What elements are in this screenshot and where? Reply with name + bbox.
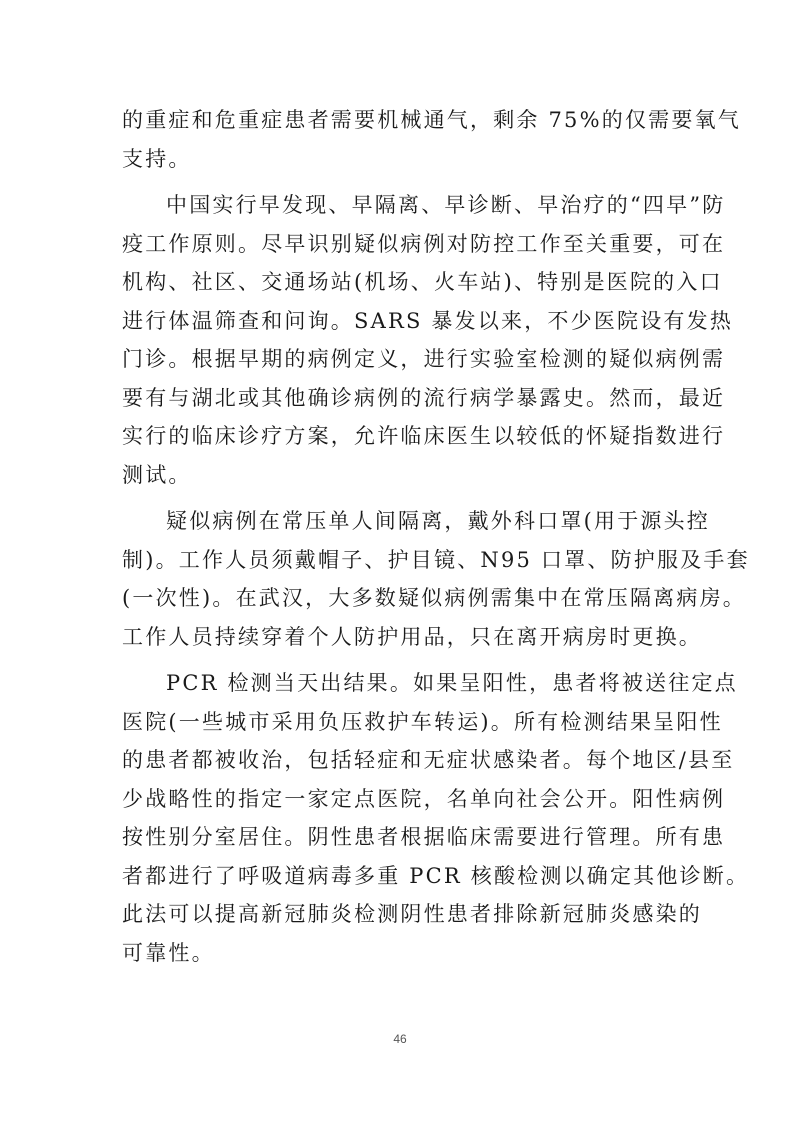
text-line: (一次性)。在武汉，大多数疑似病例需集中在常压隔离病房。 xyxy=(122,579,680,618)
text-line: 按性别分室居住。阴性患者根据临床需要进行管理。所有患 xyxy=(122,818,680,857)
text-line: PCR 检测当天出结果。如果呈阳性，患者将被送往定点 xyxy=(122,664,680,703)
text-line: 医院(一些城市采用负压救护车转运)。所有检测结果呈阳性 xyxy=(122,703,680,742)
body-text: 的重症和危重症患者需要机械通气，剩余 75%的仅需要氧气 支持。 中国实行早发现… xyxy=(122,101,680,972)
text-line: 制)。工作人员须戴帽子、护目镜、N95 口罩、防护服及手套 xyxy=(122,541,680,580)
text-line: 此法可以提高新冠肺炎检测阴性患者排除新冠肺炎感染的 xyxy=(122,895,680,934)
text-line: 进行体温筛查和问询。SARS 暴发以来，不少医院设有发热 xyxy=(122,302,680,341)
paragraph-2: 中国实行早发现、早隔离、早诊断、早治疗的“四早”防 疫工作原则。尽早识别疑似病例… xyxy=(122,186,680,494)
text-line: 实行的临床诊疗方案，允许临床医生以较低的怀疑指数进行 xyxy=(122,417,680,456)
text-line: 的患者都被收治，包括轻症和无症状感染者。每个地区/县至 xyxy=(122,741,680,780)
text-line: 测试。 xyxy=(122,456,680,495)
text-line: 疫工作原则。尽早识别疑似病例对防控工作至关重要，可在 xyxy=(122,225,680,264)
paragraph-3: 疑似病例在常压单人间隔离，戴外科口罩(用于源头控 制)。工作人员须戴帽子、护目镜… xyxy=(122,502,680,656)
text-line: 门诊。根据早期的病例定义，进行实验室检测的疑似病例需 xyxy=(122,340,680,379)
text-line: 中国实行早发现、早隔离、早诊断、早治疗的“四早”防 xyxy=(122,186,680,225)
document-page: 的重症和危重症患者需要机械通气，剩余 75%的仅需要氧气 支持。 中国实行早发现… xyxy=(0,0,800,1131)
text-line: 工作人员持续穿着个人防护用品，只在离开病房时更换。 xyxy=(122,618,680,657)
text-line: 支持。 xyxy=(122,140,680,179)
text-line: 疑似病例在常压单人间隔离，戴外科口罩(用于源头控 xyxy=(122,502,680,541)
text-line: 机构、社区、交通场站(机场、火车站)、特别是医院的入口 xyxy=(122,263,680,302)
page-number: 46 xyxy=(0,1032,800,1046)
text-line: 要有与湖北或其他确诊病例的流行病学暴露史。然而，最近 xyxy=(122,379,680,418)
text-line: 的重症和危重症患者需要机械通气，剩余 75%的仅需要氧气 xyxy=(122,101,680,140)
text-line: 者都进行了呼吸道病毒多重 PCR 核酸检测以确定其他诊断。 xyxy=(122,857,680,896)
paragraph-1: 的重症和危重症患者需要机械通气，剩余 75%的仅需要氧气 支持。 xyxy=(122,101,680,178)
text-line: 可靠性。 xyxy=(122,934,680,973)
text-line: 少战略性的指定一家定点医院，名单向社会公开。阳性病例 xyxy=(122,780,680,819)
paragraph-4: PCR 检测当天出结果。如果呈阳性，患者将被送往定点 医院(一些城市采用负压救护… xyxy=(122,664,680,972)
